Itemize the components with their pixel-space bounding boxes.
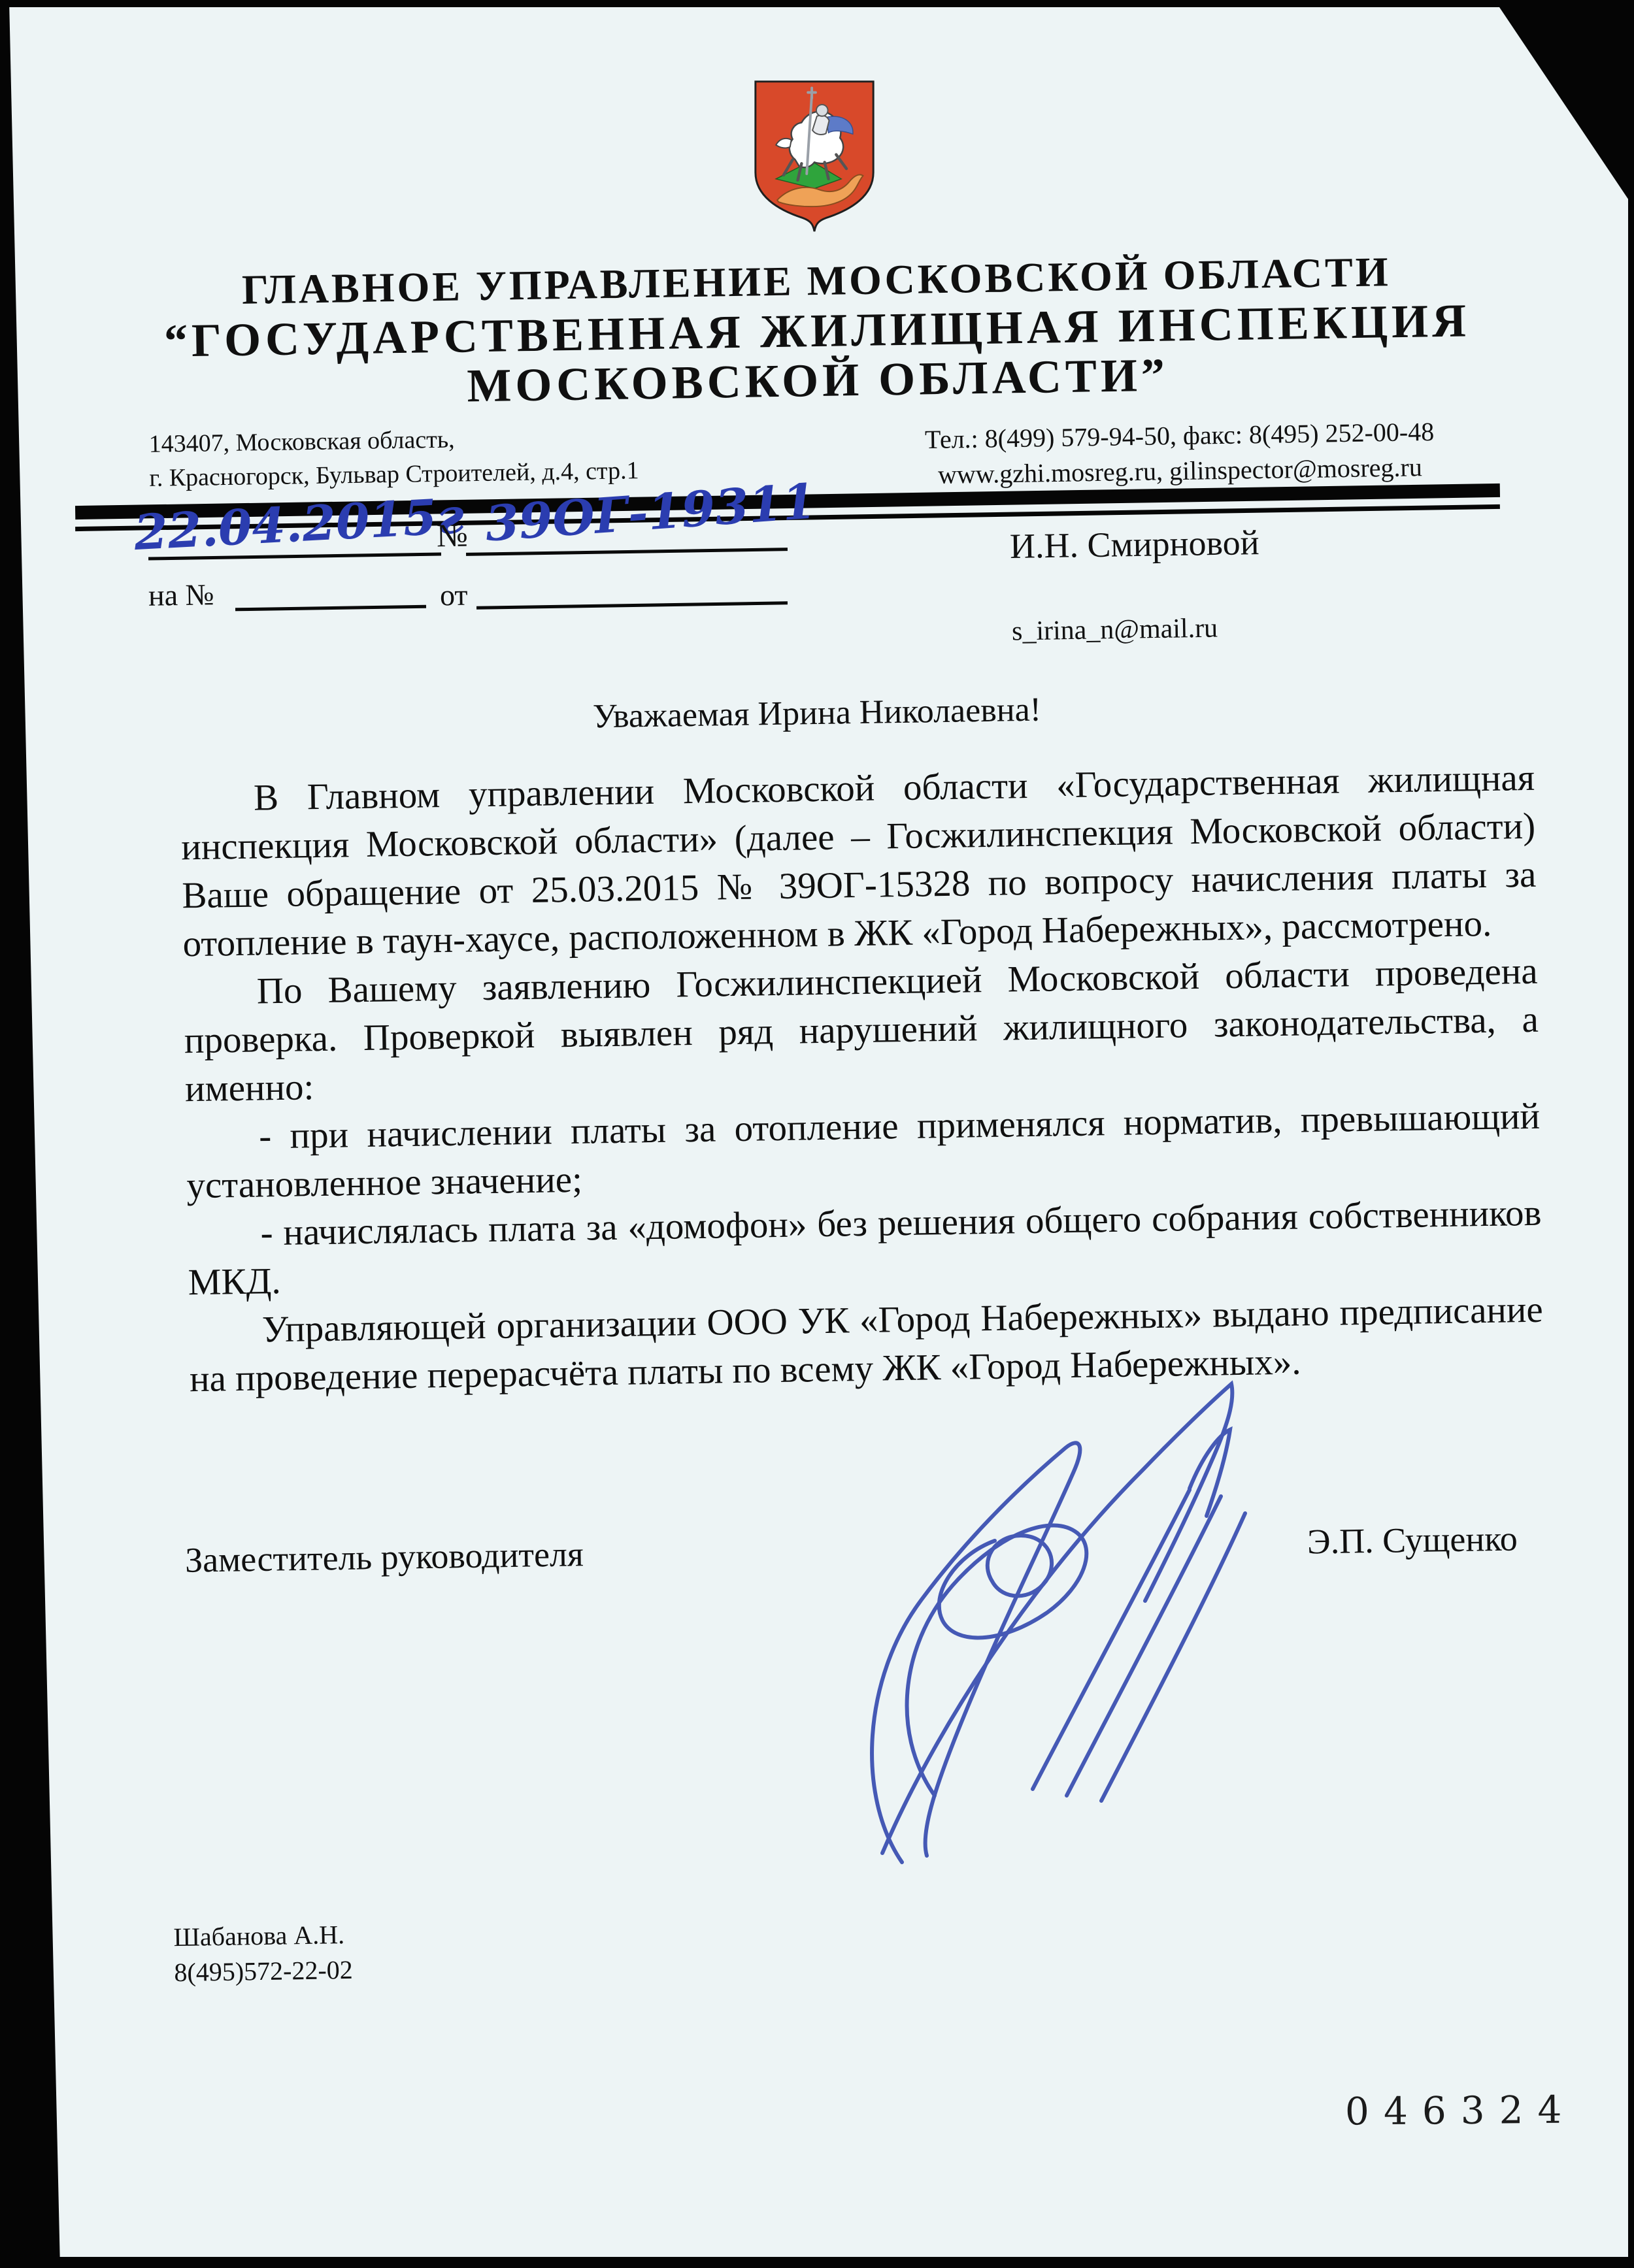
- reply-from-label: от: [440, 578, 468, 613]
- signer-position: Заместитель руководителя: [185, 1534, 584, 1581]
- reply-to-label: на №: [148, 577, 214, 613]
- org-contacts: Тел.: 8(499) 579-94-50, факс: 8(495) 252…: [856, 413, 1504, 494]
- sheet-number-stamp: 046324: [1345, 2087, 1576, 2133]
- scanned-letter: ГЛАВНОЕ УПРАВЛЕНИЕ МОСКОВСКОЙ ОБЛАСТИ “Г…: [0, 0, 1634, 2268]
- executor-name: Шабанова А.Н.: [173, 1917, 352, 1955]
- scan-corner-fold: [1490, 0, 1634, 208]
- signature-scribble-icon: [837, 1364, 1281, 1874]
- scan-edge-right: [1628, 0, 1634, 2268]
- number-sign: №: [437, 516, 469, 555]
- executor-phone: 8(495)572-22-02: [174, 1952, 353, 1990]
- handwritten-date: 22.04.2015г: [133, 488, 465, 561]
- scan-edge-bottom: [0, 2257, 1634, 2268]
- letter-body: В Главном управлении Московской области …: [180, 754, 1544, 1404]
- salutation: Уважаемая Ирина Николаевна!: [0, 681, 1634, 745]
- signer-name: Э.П. Сущенко: [1307, 1518, 1518, 1562]
- body-paragraph: По Вашему заявлению Госжилинспекцией Мос…: [183, 947, 1539, 1114]
- addressee-email: s_irina_n@mail.ru: [1012, 613, 1218, 648]
- addressee-name: И.Н. Смирновой: [1010, 522, 1259, 567]
- executor-block: Шабанова А.Н. 8(495)572-22-02: [173, 1917, 353, 1990]
- coat-of-arms-icon: [750, 77, 878, 235]
- rider-helmet-icon: [816, 105, 828, 116]
- letter-page: ГЛАВНОЕ УПРАВЛЕНИЕ МОСКОВСКОЙ ОБЛАСТИ “Г…: [0, 0, 1634, 2268]
- scan-edge-top: [0, 0, 1634, 7]
- organization-header: ГЛАВНОЕ УПРАВЛЕНИЕ МОСКОВСКОЙ ОБЛАСТИ “Г…: [0, 243, 1634, 418]
- org-address: 143407, Московская область, г. Красногор…: [148, 419, 639, 495]
- reply-number-blank: [235, 605, 426, 612]
- body-paragraph: В Главном управлении Московской области …: [180, 754, 1537, 969]
- reply-date-blank: [476, 601, 788, 609]
- org-address-line2: г. Красногорск, Бульвар Строителей, д.4,…: [149, 453, 639, 495]
